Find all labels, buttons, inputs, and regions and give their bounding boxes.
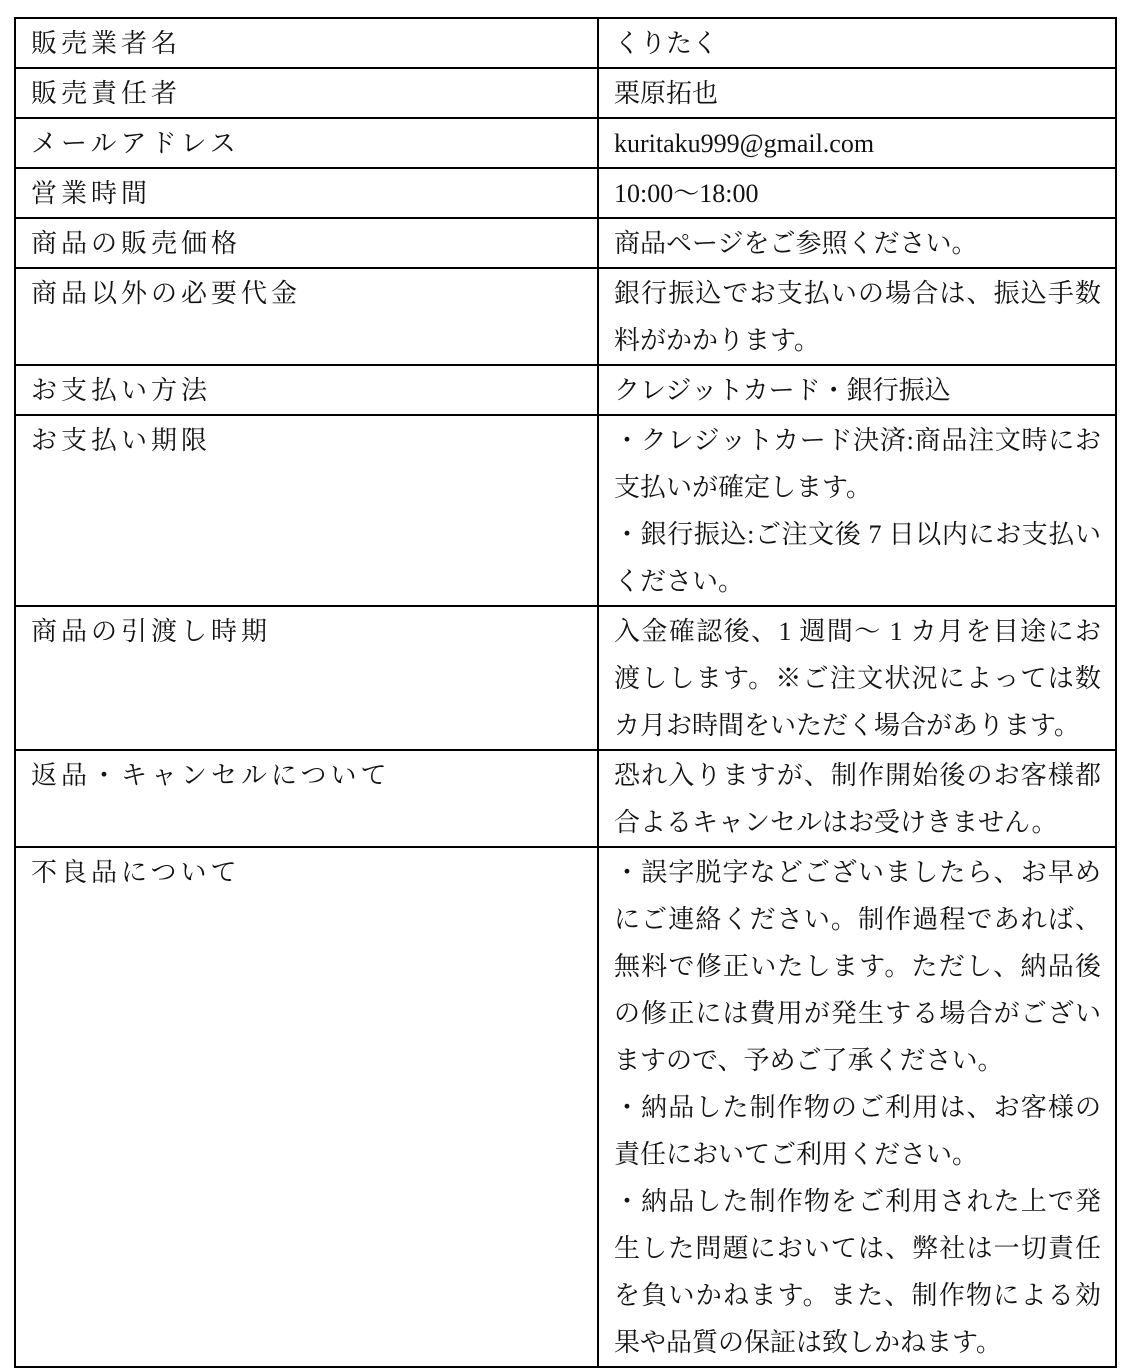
table-row: 販売業者名 くりたく [15,18,1116,68]
transaction-disclosure-table: 販売業者名 くりたく 販売責任者 栗原拓也 メールアドレス kuritaku99… [14,17,1117,1368]
row-label-email: メールアドレス [15,118,598,168]
row-label-business-hours: 営業時間 [15,168,598,218]
row-label-returns-cancellation: 返品・キャンセルについて [15,750,598,847]
row-label-product-price: 商品の販売価格 [15,218,598,268]
row-value-additional-fees: 銀行振込でお支払いの場合は、振込手数料がかかります。 [598,268,1116,365]
table-row: 商品以外の必要代金 銀行振込でお支払いの場合は、振込手数料がかかります。 [15,268,1116,365]
row-label-payment-method: お支払い方法 [15,365,598,415]
table-row: 商品の引渡し時期 入金確認後、1 週間〜 1 カ月を目途にお渡しします。※ご注文… [15,606,1116,750]
row-value-email: kuritaku999@gmail.com [598,118,1116,168]
table-row: 営業時間 10:00〜18:00 [15,168,1116,218]
table-row: メールアドレス kuritaku999@gmail.com [15,118,1116,168]
row-label-delivery-time: 商品の引渡し時期 [15,606,598,750]
table-row: 不良品について ・誤字脱字などございましたら、お早めにご連絡ください。制作過程で… [15,847,1116,1367]
row-value-payment-method: クレジットカード・銀行振込 [598,365,1116,415]
table-row: お支払い方法 クレジットカード・銀行振込 [15,365,1116,415]
table-row: 商品の販売価格 商品ページをご参照ください。 [15,218,1116,268]
row-value-delivery-time: 入金確認後、1 週間〜 1 カ月を目途にお渡しします。※ご注文状況によっては数カ… [598,606,1116,750]
row-label-seller-name: 販売業者名 [15,18,598,68]
row-value-returns-cancellation: 恐れ入りますが、制作開始後のお客様都合よるキャンセルはお受けきません。 [598,750,1116,847]
table-row: 返品・キャンセルについて 恐れ入りますが、制作開始後のお客様都合よるキャンセルは… [15,750,1116,847]
row-value-business-hours: 10:00〜18:00 [598,168,1116,218]
row-value-sales-manager: 栗原拓也 [598,68,1116,118]
row-label-defective-items: 不良品について [15,847,598,1367]
row-value-product-price: 商品ページをご参照ください。 [598,218,1116,268]
row-value-payment-deadline: ・クレジットカード決済:商品注文時にお支払いが確定します。 ・銀行振込:ご注文後… [598,415,1116,606]
table-row: 販売責任者 栗原拓也 [15,68,1116,118]
row-value-seller-name: くりたく [598,18,1116,68]
row-label-sales-manager: 販売責任者 [15,68,598,118]
row-label-additional-fees: 商品以外の必要代金 [15,268,598,365]
row-value-defective-items: ・誤字脱字などございましたら、お早めにご連絡ください。制作過程であれば、無料で修… [598,847,1116,1367]
table-row: お支払い期限 ・クレジットカード決済:商品注文時にお支払いが確定します。 ・銀行… [15,415,1116,606]
row-label-payment-deadline: お支払い期限 [15,415,598,606]
